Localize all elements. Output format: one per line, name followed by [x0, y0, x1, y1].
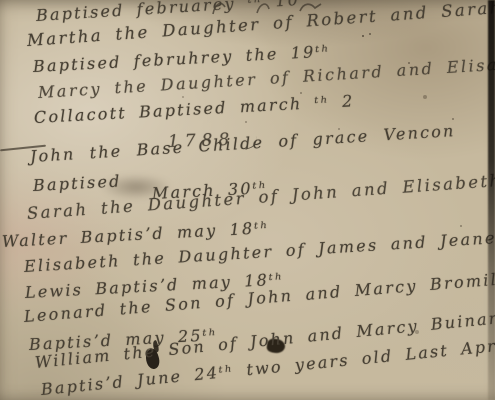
page-edge-shadow: [488, 0, 495, 400]
register-page: Baptised februarey ᵗʰ 10 Martha the Daug…: [0, 0, 495, 400]
manuscript-line: John the Base Childe of grace Vencon: [29, 121, 456, 166]
age-speckles: [0, 0, 2, 2]
